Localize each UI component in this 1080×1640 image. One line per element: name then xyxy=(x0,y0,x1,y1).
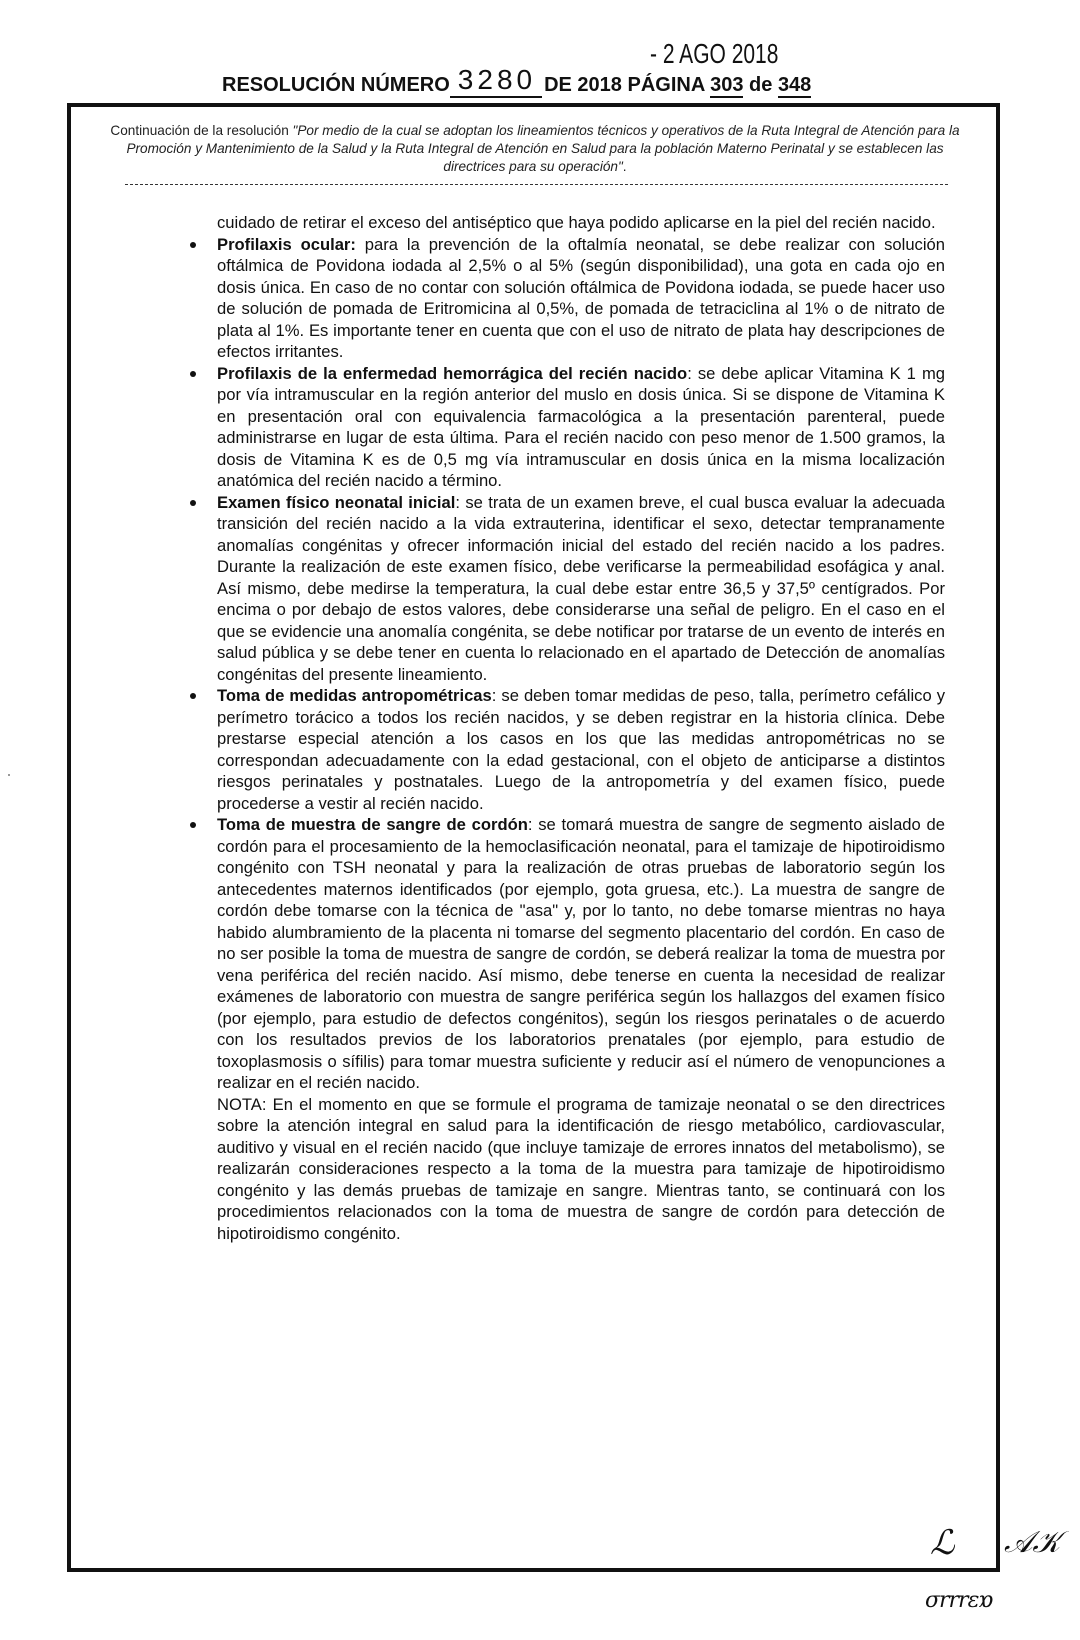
item-heading: Profilaxis de la enfermedad hemorrágica … xyxy=(217,364,687,383)
item-heading: Toma de muestra de sangre de cordón xyxy=(217,815,528,834)
page-of-label: de xyxy=(749,74,772,96)
dashed-separator xyxy=(125,184,948,185)
document-body: cuidado de retirar el exceso del antisép… xyxy=(217,212,945,1244)
item-text: : se trata de un examen breve, el cual b… xyxy=(217,493,945,684)
item-heading: Toma de medidas antropométricas xyxy=(217,686,492,705)
list-item-physical-exam: Examen físico neonatal inicial: se trata… xyxy=(217,492,945,686)
resolution-number: 3280 xyxy=(450,64,542,98)
list-item-ocular-prophylaxis: Profilaxis ocular: para la prevención de… xyxy=(217,234,945,363)
list-item-hemorrhagic-prophylaxis: Profilaxis de la enfermedad hemorrágica … xyxy=(217,363,945,492)
item-text: : se tomará muestra de sangre de segment… xyxy=(217,815,945,1092)
continuation-note: Continuación de la resolución "Por medio… xyxy=(110,122,960,176)
list-item-cord-blood: Toma de muestra de sangre de cordón: se … xyxy=(217,814,945,1094)
page-current: 303 xyxy=(710,74,743,98)
intro-paragraph: cuidado de retirar el exceso del antisép… xyxy=(217,212,945,234)
resolution-label: RESOLUCIÓN NÚMERO xyxy=(222,74,450,96)
handwritten-initials-right: 𝒜𝒦 xyxy=(1004,1525,1060,1560)
item-heading: Examen físico neonatal inicial xyxy=(217,493,455,512)
handwritten-signature: σrrrɛɒ xyxy=(925,1588,992,1613)
handwritten-initial: ℒ xyxy=(930,1523,955,1563)
continuation-suffix: . xyxy=(623,159,627,174)
continuation-prefix: Continuación de la resolución xyxy=(110,123,292,138)
resolution-header: RESOLUCIÓN NÚMERO3280DE 2018 PÁGINA 303 … xyxy=(222,66,811,100)
procedure-list: Profilaxis ocular: para la prevención de… xyxy=(217,234,945,1094)
item-heading: Profilaxis ocular: xyxy=(217,235,356,254)
list-item-anthropometric: Toma de medidas antropométricas: se debe… xyxy=(217,685,945,814)
page-total: 348 xyxy=(778,74,811,98)
scan-speck xyxy=(8,774,10,776)
note-paragraph: NOTA: En el momento en que se formule el… xyxy=(217,1094,945,1245)
year-page-label: DE 2018 PÁGINA xyxy=(544,74,704,96)
